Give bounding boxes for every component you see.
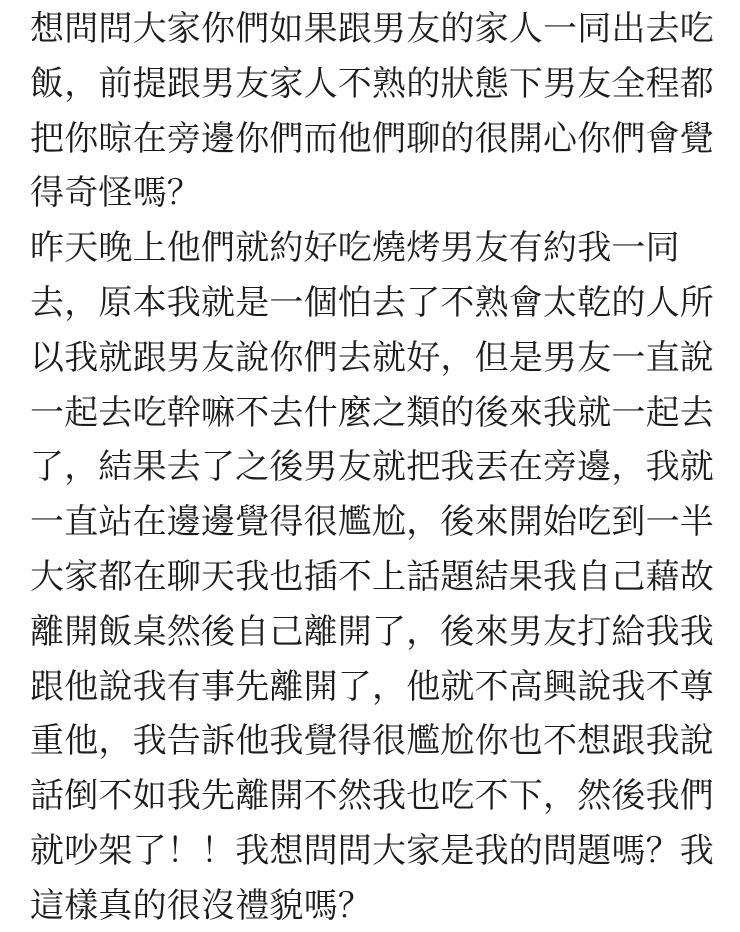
text-line: 離開飯桌然後自己離開了，後來男友打給我我 [30,605,726,660]
text-line: 話倒不如我先離開不然我也吃不下，然後我們 [30,769,726,824]
text-line: 這樣真的很沒禮貌嗎？ [30,879,726,932]
text-line: 想問問大家你們如果跟男友的家人一同出去吃 [30,2,726,57]
text-line: 得奇怪嗎？ [30,166,726,221]
text-line: 重他，我告訴他我覺得很尷尬你也不想跟我說 [30,714,726,769]
text-line: 去，原本我就是一個怕去了不熟會太乾的人所 [30,276,726,331]
text-line: 大家都在聊天我也插不上話題結果我自己藉故 [30,550,726,605]
text-line: 昨天晚上他們就約好吃燒烤男友有約我一同 [30,221,726,276]
post-text: 想問問大家你們如果跟男友的家人一同出去吃 飯，前提跟男友家人不熟的狀態下男友全程… [0,0,740,932]
text-line: 一直站在邊邊覺得很尷尬，後來開始吃到一半 [30,495,726,550]
text-line: 飯，前提跟男友家人不熟的狀態下男友全程都 [30,57,726,112]
text-line: 了，結果去了之後男友就把我丟在旁邊，我就 [30,440,726,495]
text-line: 把你晾在旁邊你們而他們聊的很開心你們會覺 [30,112,726,167]
text-line: 以我就跟男友說你們去就好，但是男友一直說 [30,331,726,386]
text-line: 就吵架了！！我想問問大家是我的問題嗎？我 [30,824,726,879]
text-line: 跟他說我有事先離開了，他就不高興說我不尊 [30,660,726,715]
text-line: 一起去吃幹嘛不去什麼之類的後來我就一起去 [30,386,726,441]
